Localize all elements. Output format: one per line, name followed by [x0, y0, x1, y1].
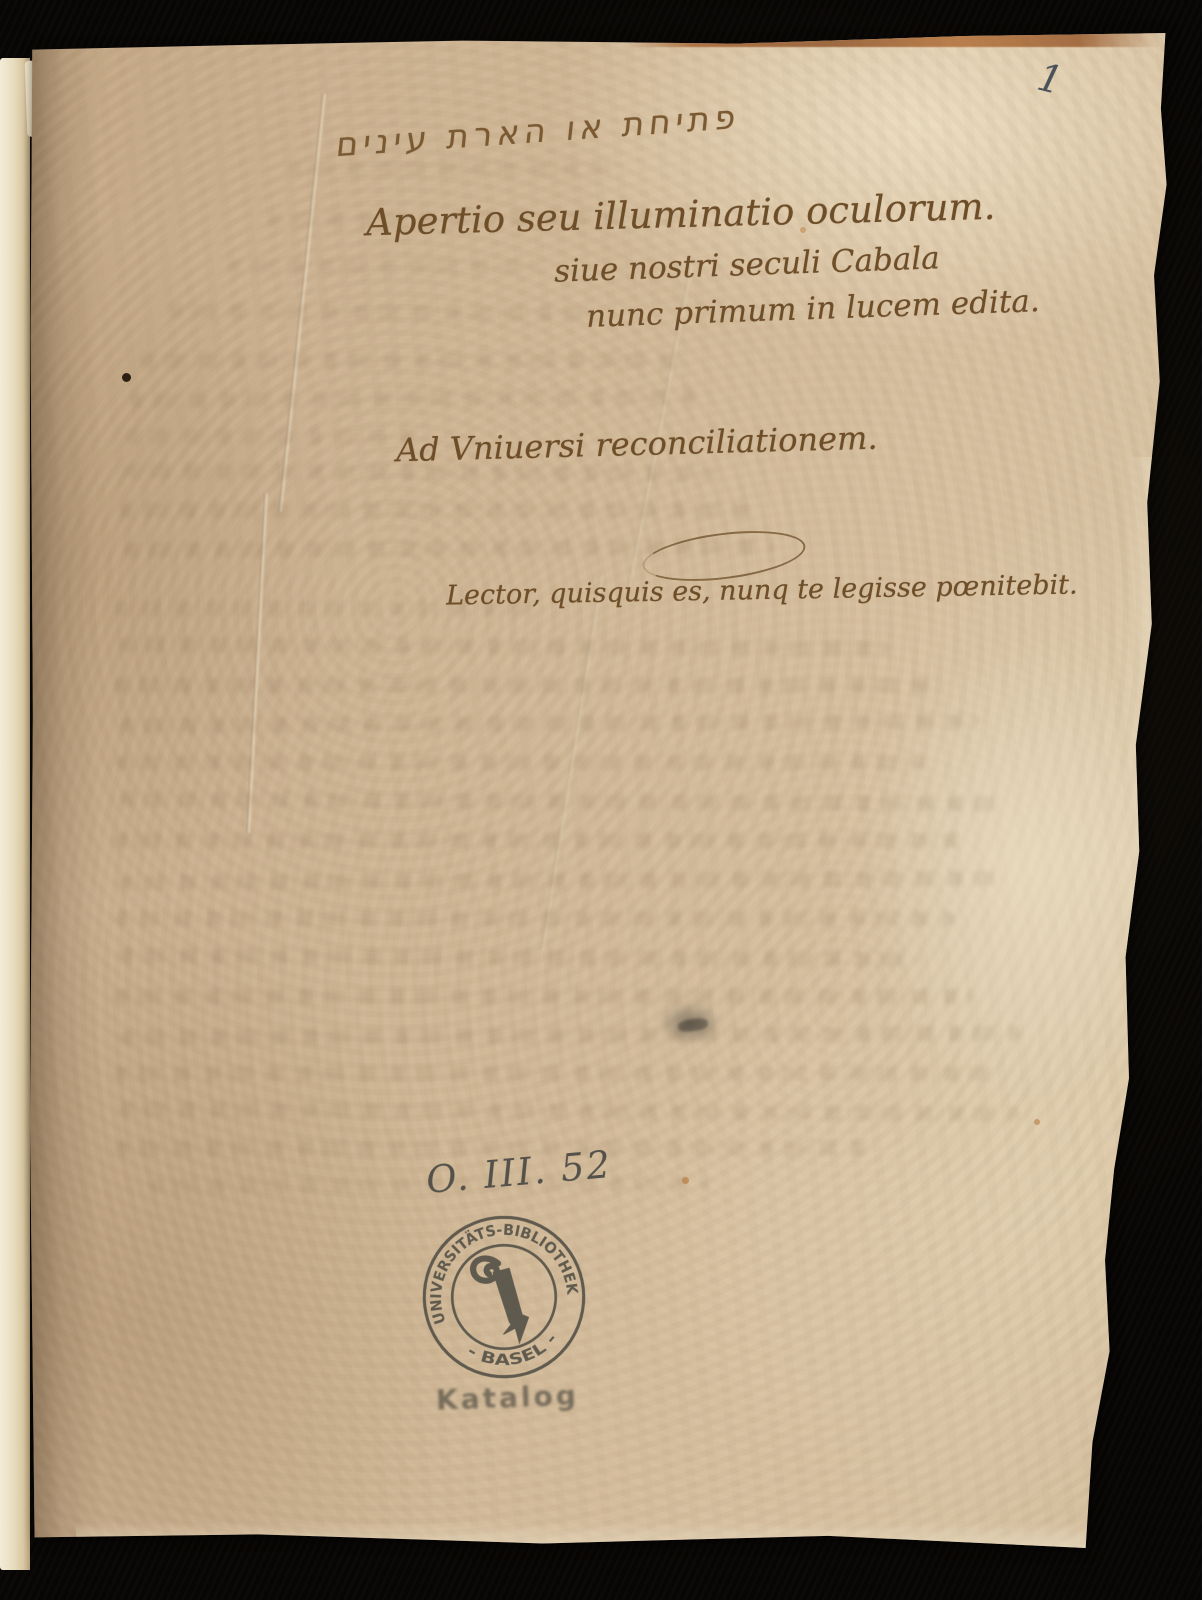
dedication-line: Ad Vniuersi reconciliationem. — [396, 419, 878, 470]
lector-note: Lector, quisquis es, nunq te legisse pœn… — [446, 569, 1078, 611]
rust-stain — [628, 33, 1160, 47]
bleedthrough-line — [130, 389, 700, 408]
katalog-stamp: Katalog — [435, 1379, 579, 1417]
stamp-text-bottom: - BASEL - — [461, 1324, 564, 1378]
folio-number: 1 — [1033, 55, 1067, 104]
bleedthrough-line — [115, 989, 975, 1004]
bleedthrough-line — [115, 678, 945, 693]
edge-ink-mark — [1115, 1454, 1122, 1465]
deckled-edge-highlight — [1124, 457, 1170, 1548]
library-stamp: UNIVERSITÄTS-BIBLIOTHEK - BASEL - — [400, 1193, 609, 1402]
bottom-edge-highlight — [76, 1522, 1148, 1548]
basel-crozier-icon — [468, 1258, 532, 1344]
bleedthrough-line — [120, 1026, 1020, 1046]
edge-ink-mark — [1118, 1318, 1124, 1329]
bleedthrough-line — [115, 911, 955, 926]
edge-ink-mark — [1119, 1218, 1126, 1229]
foxing-spot — [682, 1177, 689, 1184]
fold-crease — [278, 94, 327, 512]
foxing-spot — [1034, 1119, 1040, 1125]
paper-surface: 1 פתיחת או הארת עינים Apertio seu illumi… — [30, 33, 1170, 1548]
bleedthrough-line — [120, 503, 750, 518]
bleedthrough-line — [228, 259, 538, 274]
bleedthrough-line — [115, 833, 965, 848]
bleedthrough-line — [115, 1066, 995, 1081]
edge-ink-mark — [1123, 1268, 1131, 1279]
bleedthrough-line — [125, 429, 425, 444]
bleedthrough-line — [120, 637, 890, 656]
bleedthrough-line — [120, 948, 920, 967]
title-line-1: Apertio seu illuminatio oculorum. — [366, 185, 996, 244]
bleedthrough-line — [115, 755, 925, 770]
title-line-3: nunc primum in lucem edita. — [586, 283, 1041, 335]
hebrew-title: פתיחת או הארת עינים — [334, 97, 742, 165]
wormhole-dot — [122, 373, 131, 382]
title-line-2: siue nostri seculi Cabala — [553, 240, 940, 289]
bleedthrough-line — [120, 714, 980, 734]
bleedthrough-line — [170, 303, 600, 321]
bleedthrough-line — [120, 1102, 1020, 1122]
book-binding-edge — [0, 58, 30, 1570]
bleedthrough-line — [140, 353, 680, 368]
edge-ink-mark — [1109, 1422, 1117, 1433]
gutter-shadow — [30, 33, 100, 1548]
manuscript-leaf: 1 פתיחת או הארת עינים Apertio seu illumi… — [30, 33, 1170, 1548]
scanned-manuscript-page: 1 פתיחת או הארת עינים Apertio seu illumi… — [0, 0, 1202, 1600]
